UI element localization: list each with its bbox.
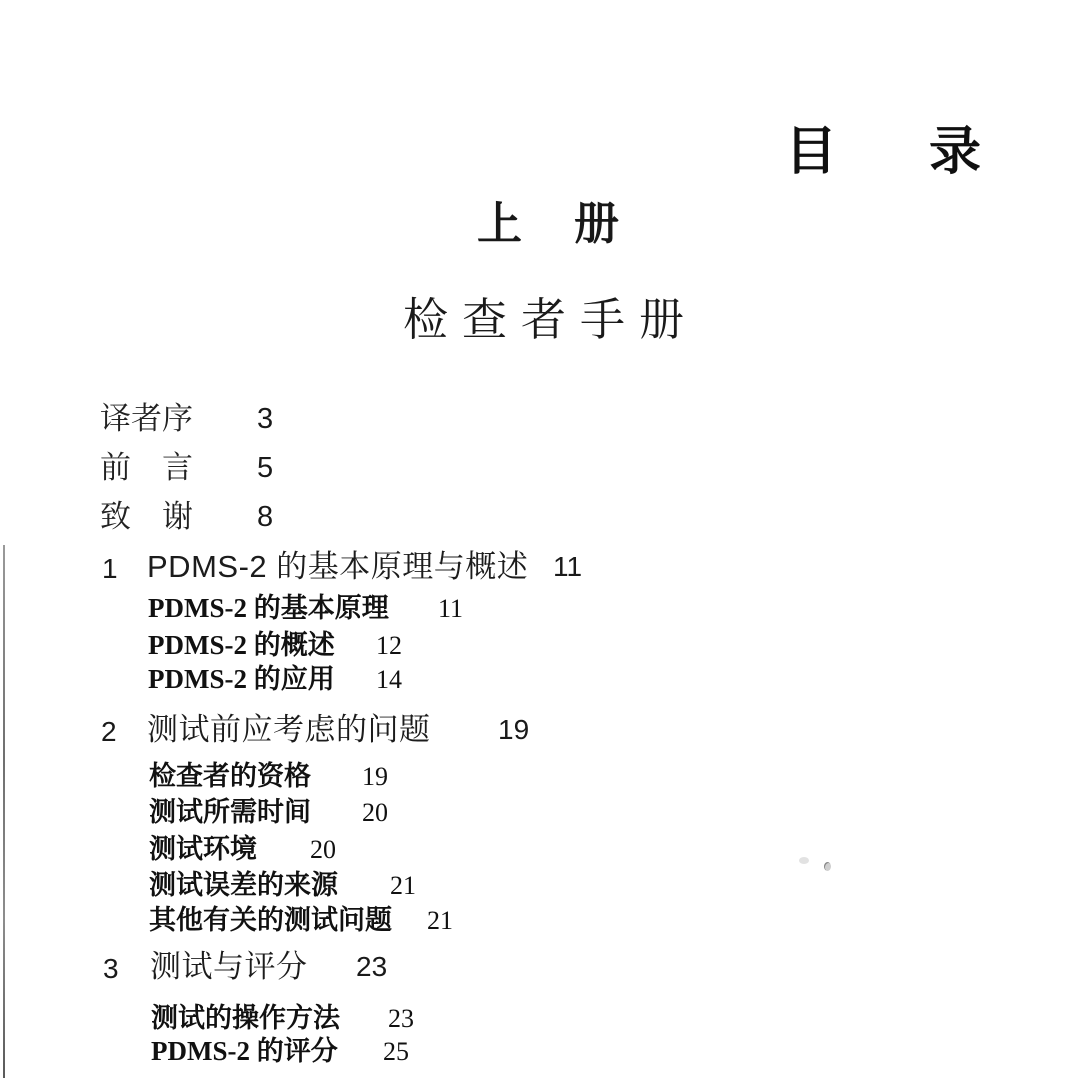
section-title: PDMS-2 的基本原理: [148, 595, 389, 622]
toc-row-section: PDMS-2 的基本原理 11: [0, 595, 1078, 631]
section-page: 21: [427, 908, 453, 934]
section-page: 12: [376, 633, 402, 659]
toc-row-section: 测试环境 20: [0, 836, 1078, 872]
section-title: PDMS-2 的概述: [148, 632, 335, 659]
volume-title-char: 上: [477, 201, 522, 246]
section-title: 测试所需时间: [149, 799, 311, 826]
toc-row-chapter: 2 测试前应考虑的问题 19: [0, 714, 1078, 750]
chapter-title: PDMS-2 的基本原理与概述: [147, 551, 528, 582]
toc-row-section: PDMS-2 的评分 25: [0, 1038, 1078, 1074]
section-title: 其他有关的测试问题: [149, 907, 392, 934]
section-title: 测试环境: [149, 836, 257, 863]
toc-row-section: 测试所需时间 20: [0, 799, 1078, 835]
section-page: 20: [362, 800, 388, 826]
section-page: 21: [390, 873, 416, 899]
page-title: 目 录: [785, 126, 981, 178]
toc-row-front-matter: 译者序 3: [0, 403, 1078, 439]
page-title-char: 目: [785, 126, 837, 178]
chapter-page: 11: [553, 553, 582, 581]
section-page: 25: [383, 1039, 409, 1065]
chapter-page: 23: [356, 953, 387, 981]
chapter-number: 2: [101, 718, 117, 746]
chapter-number: 3: [103, 955, 119, 983]
section-page: 23: [388, 1006, 414, 1032]
toc-entry-page: 8: [257, 503, 273, 532]
toc-row-chapter: 3 测试与评分 23: [0, 951, 1078, 987]
toc-entry-label: 前 言: [100, 452, 193, 483]
chapter-title: 测试前应考虑的问题: [147, 714, 431, 745]
chapter-page: 19: [498, 716, 529, 744]
toc-entry-page: 3: [257, 405, 273, 434]
manual-subtitle: 检查者手册: [403, 297, 698, 342]
section-title: 测试的操作方法: [151, 1005, 340, 1032]
toc-row-section: 其他有关的测试问题 21: [0, 907, 1078, 943]
section-title: 检查者的资格: [149, 763, 311, 790]
toc-row-front-matter: 致 谢 8: [0, 501, 1078, 537]
section-title: PDMS-2 的应用: [148, 666, 335, 693]
toc-row-front-matter: 前 言 5: [0, 452, 1078, 488]
section-title: 测试误差的来源: [149, 872, 338, 899]
toc-row-chapter: 1 PDMS-2 的基本原理与概述 11: [0, 551, 1078, 587]
toc-row-section: PDMS-2 的应用 14: [0, 666, 1078, 702]
chapter-title: 测试与评分: [150, 951, 308, 982]
toc-entry-label: 译者序: [100, 403, 193, 434]
toc-page: 目 录 上 册 检查者手册 译者序 3 前 言 5 致 谢 8 1 PDMS-2…: [0, 0, 1078, 1078]
toc-entry-page: 5: [257, 454, 273, 483]
toc-entry-label: 致 谢: [100, 501, 193, 532]
page-title-char: 录: [929, 126, 981, 178]
section-page: 19: [362, 764, 388, 790]
section-title: PDMS-2 的评分: [151, 1038, 338, 1065]
toc-row-section: 测试误差的来源 21: [0, 872, 1078, 908]
chapter-number: 1: [102, 555, 118, 583]
volume-title-char: 册: [574, 201, 619, 246]
section-page: 14: [376, 667, 402, 693]
toc-row-section: 检查者的资格 19: [0, 763, 1078, 799]
toc-row-section: PDMS-2 的概述 12: [0, 632, 1078, 668]
section-page: 20: [310, 837, 336, 863]
section-page: 11: [438, 596, 463, 622]
volume-title: 上 册: [477, 201, 619, 246]
